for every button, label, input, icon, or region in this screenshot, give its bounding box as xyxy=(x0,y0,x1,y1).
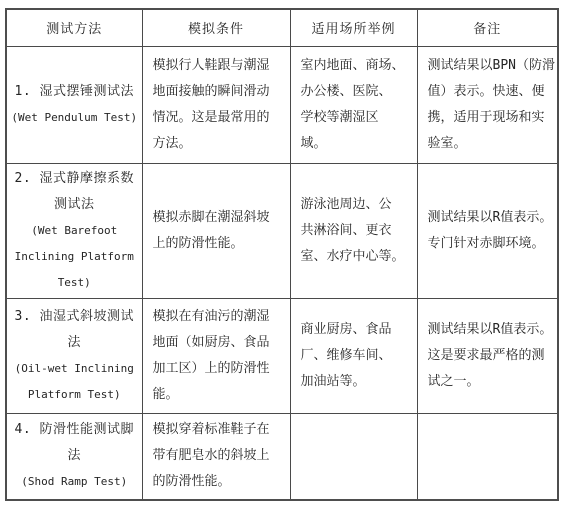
col-header-test-method: 测试方法 xyxy=(6,9,142,46)
method-title-line: 4. 防滑性能测试脚 xyxy=(10,417,139,443)
method-english-line: (Oil-wet Inclining xyxy=(10,356,139,382)
method-title-line: 法 xyxy=(10,330,139,356)
table-row-shod-ramp: 4. 防滑性能测试脚 法 (Shod Ramp Test) 模拟穿着标准鞋子在 … xyxy=(6,413,558,500)
method-english-line: (Wet Barefoot xyxy=(10,218,139,244)
col-header-remarks: 备注 xyxy=(417,9,558,46)
method-english-line: Platform Test) xyxy=(10,382,139,408)
cell-notes: 测试结果以BPN（防滑 值）表示。快速、便 携，适用于现场和实 验室。 xyxy=(417,46,558,163)
page: 测试方法 模拟条件 适用场所举例 备注 1. 湿式摆锤测试法 (Wet Pend… xyxy=(0,0,561,512)
cell-notes: 测试结果以R值表示。 专门针对赤脚环境。 xyxy=(417,163,558,298)
cell-condition: 模拟穿着标准鞋子在 带有肥皂水的斜坡上 的防滑性能。 xyxy=(142,413,290,500)
cell-notes xyxy=(417,413,558,500)
cell-places xyxy=(290,413,417,500)
method-english-line: (Shod Ramp Test) xyxy=(10,469,139,495)
cell-notes: 测试结果以R值表示。 这是要求最严格的测 试之一。 xyxy=(417,298,558,413)
table-row-wet-barefoot: 2. 湿式静摩擦系数 测试法 (Wet Barefoot Inclining P… xyxy=(6,163,558,298)
cell-places: 室内地面、商场、 办公楼、医院、 学校等潮湿区 域。 xyxy=(290,46,417,163)
cell-condition: 模拟在有油污的潮湿 地面（如厨房、食品 加工区）上的防滑性 能。 xyxy=(142,298,290,413)
col-header-applicable-places: 适用场所举例 xyxy=(290,9,417,46)
method-english-line: Test) xyxy=(10,270,139,296)
method-title-line: 1. 湿式摆锤测试法 xyxy=(10,79,139,105)
method-title-line: 法 xyxy=(10,443,139,469)
header-row: 测试方法 模拟条件 适用场所举例 备注 xyxy=(6,9,558,46)
cell-method-name: 2. 湿式静摩擦系数 测试法 (Wet Barefoot Inclining P… xyxy=(6,163,142,298)
method-title-line: 2. 湿式静摩擦系数 xyxy=(10,166,139,192)
table-row-oil-wet: 3. 油湿式斜坡测试 法 (Oil-wet Inclining Platform… xyxy=(6,298,558,413)
cell-places: 游泳池周边、公 共淋浴间、更衣 室、水疗中心等。 xyxy=(290,163,417,298)
cell-places: 商业厨房、食品 厂、维修车间、 加油站等。 xyxy=(290,298,417,413)
cell-method-name: 4. 防滑性能测试脚 法 (Shod Ramp Test) xyxy=(6,413,142,500)
method-english-line: (Wet Pendulum Test) xyxy=(10,105,139,131)
table-row-wet-pendulum: 1. 湿式摆锤测试法 (Wet Pendulum Test) 模拟行人鞋跟与潮湿… xyxy=(6,46,558,163)
cell-method-name: 3. 油湿式斜坡测试 法 (Oil-wet Inclining Platform… xyxy=(6,298,142,413)
method-title-line: 测试法 xyxy=(10,192,139,218)
method-english-line: Inclining Platform xyxy=(10,244,139,270)
test-methods-table: 测试方法 模拟条件 适用场所举例 备注 1. 湿式摆锤测试法 (Wet Pend… xyxy=(5,8,559,501)
method-title-line: 3. 油湿式斜坡测试 xyxy=(10,304,139,330)
cell-condition: 模拟赤脚在潮湿斜坡 上的防滑性能。 xyxy=(142,163,290,298)
cell-method-name: 1. 湿式摆锤测试法 (Wet Pendulum Test) xyxy=(6,46,142,163)
cell-condition: 模拟行人鞋跟与潮湿 地面接触的瞬间滑动 情况。这是最常用的 方法。 xyxy=(142,46,290,163)
col-header-simulated-condition: 模拟条件 xyxy=(142,9,290,46)
